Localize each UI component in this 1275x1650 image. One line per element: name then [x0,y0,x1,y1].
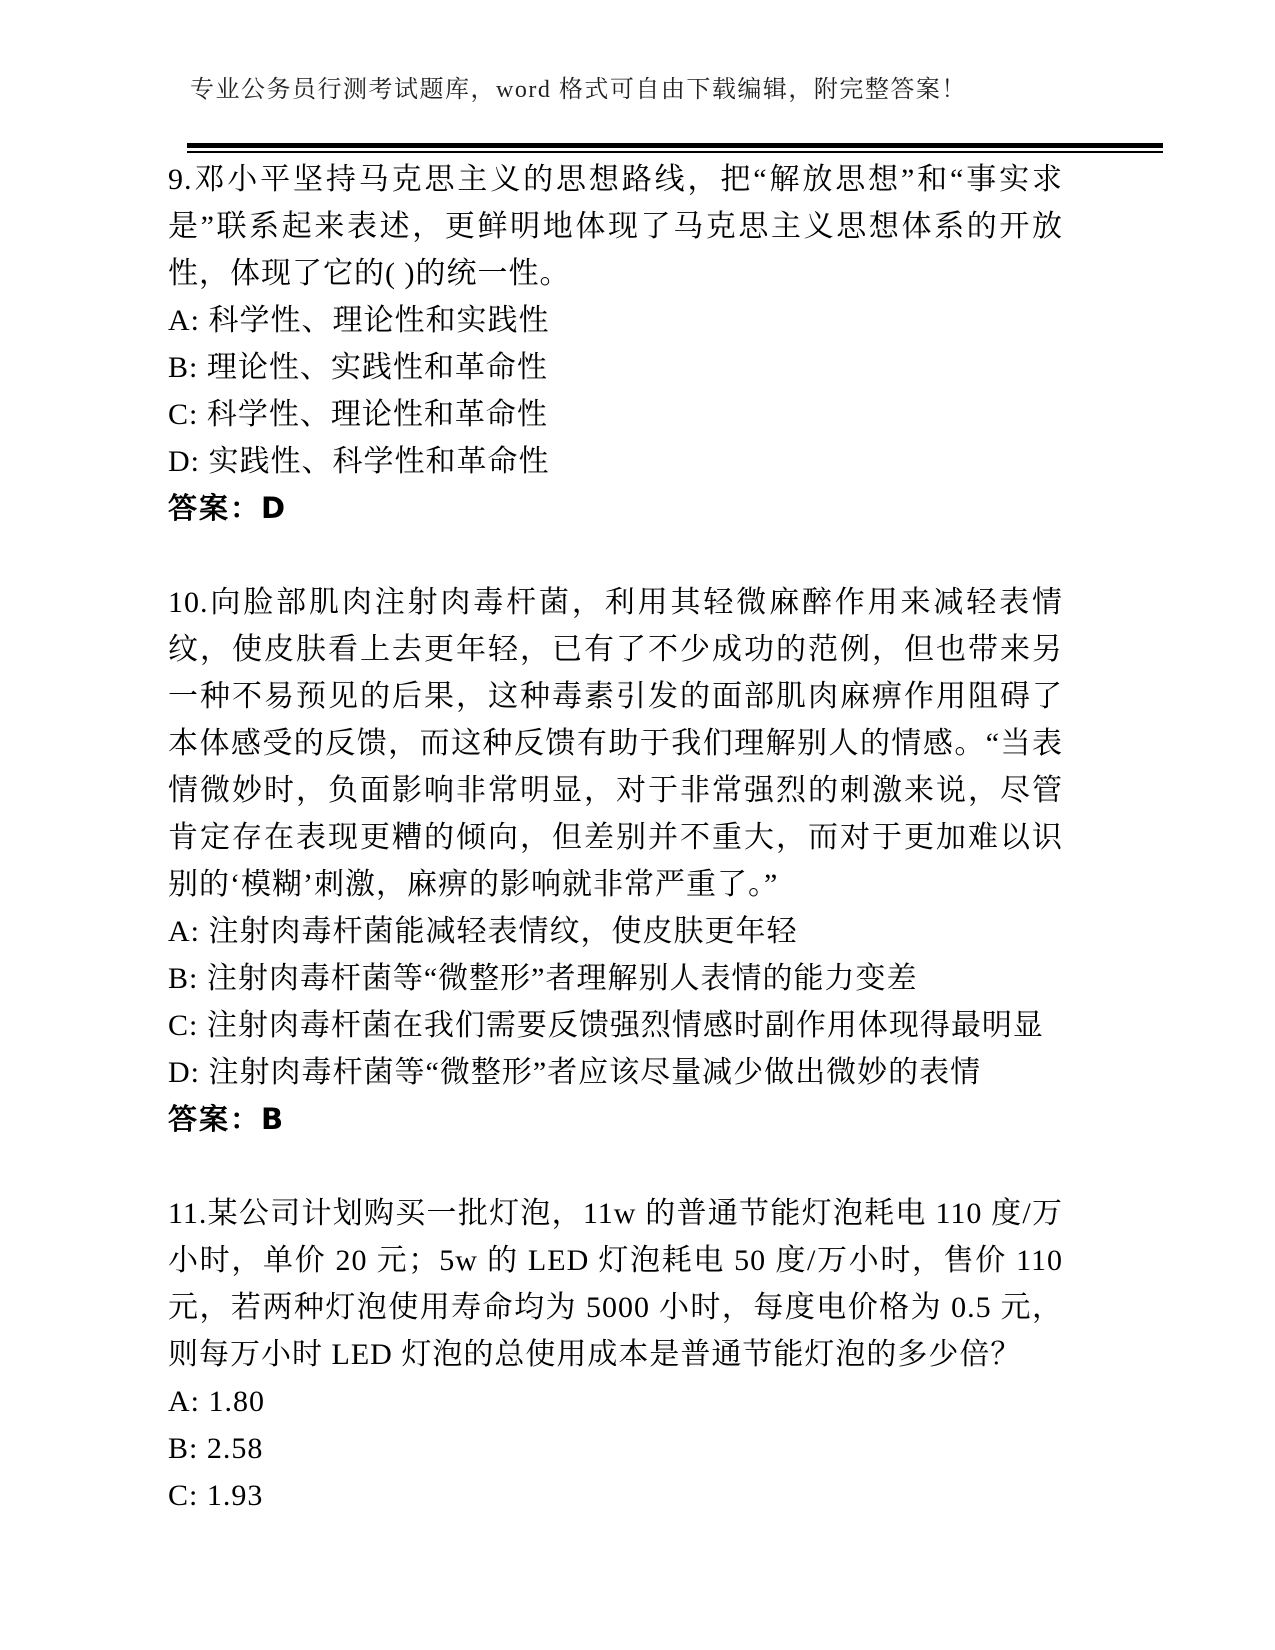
question-9-stem: 9.邓小平坚持马克思主义的思想路线，把“解放思想”和“事实求是”联系起来表述，更… [168,156,1063,297]
question-10: 10.向脸部肌肉注射肉毒杆菌，利用其轻微麻醉作用来减轻表情纹，使皮肤看上去更年轻… [168,579,1063,1143]
question-10-option-c: C: 注射肉毒杆菌在我们需要反馈强烈情感时副作用体现得最明显 [168,1002,1063,1049]
question-9-option-b: B: 理论性、实践性和革命性 [168,344,1063,391]
question-11: 11.某公司计划购买一批灯泡，11w 的普通节能灯泡耗电 110 度/万小时，单… [168,1190,1063,1519]
question-11-option-c: C: 1.93 [168,1472,1063,1519]
question-9: 9.邓小平坚持马克思主义的思想路线，把“解放思想”和“事实求是”联系起来表述，更… [168,156,1063,532]
question-10-option-a: A: 注射肉毒杆菌能减轻表情纹，使皮肤更年轻 [168,908,1063,955]
question-9-option-c: C: 科学性、理论性和革命性 [168,391,1063,438]
question-11-option-a: A: 1.80 [168,1378,1063,1425]
question-10-option-d: D: 注射肉毒杆菌等“微整形”者应该尽量减少做出微妙的表情 [168,1049,1063,1096]
question-10-stem: 10.向脸部肌肉注射肉毒杆菌，利用其轻微麻醉作用来减轻表情纹，使皮肤看上去更年轻… [168,579,1063,908]
header-divider [187,143,1163,153]
question-9-option-a: A: 科学性、理论性和实践性 [168,297,1063,344]
document-page: 专业公务员行测考试题库，word 格式可自由下载编辑，附完整答案！ 9.邓小平坚… [0,0,1275,1650]
page-header-notice: 专业公务员行测考试题库，word 格式可自由下载编辑，附完整答案！ [190,76,1170,104]
question-11-option-b: B: 2.58 [168,1425,1063,1472]
question-9-option-d: D: 实践性、科学性和革命性 [168,438,1063,485]
question-10-answer: 答案：B [168,1096,1063,1143]
question-11-stem: 11.某公司计划购买一批灯泡，11w 的普通节能灯泡耗电 110 度/万小时，单… [168,1190,1063,1378]
question-9-answer: 答案：D [168,485,1063,532]
question-10-option-b: B: 注射肉毒杆菌等“微整形”者理解别人表情的能力变差 [168,955,1063,1002]
question-list: 9.邓小平坚持马克思主义的思想路线，把“解放思想”和“事实求是”联系起来表述，更… [168,156,1063,1519]
